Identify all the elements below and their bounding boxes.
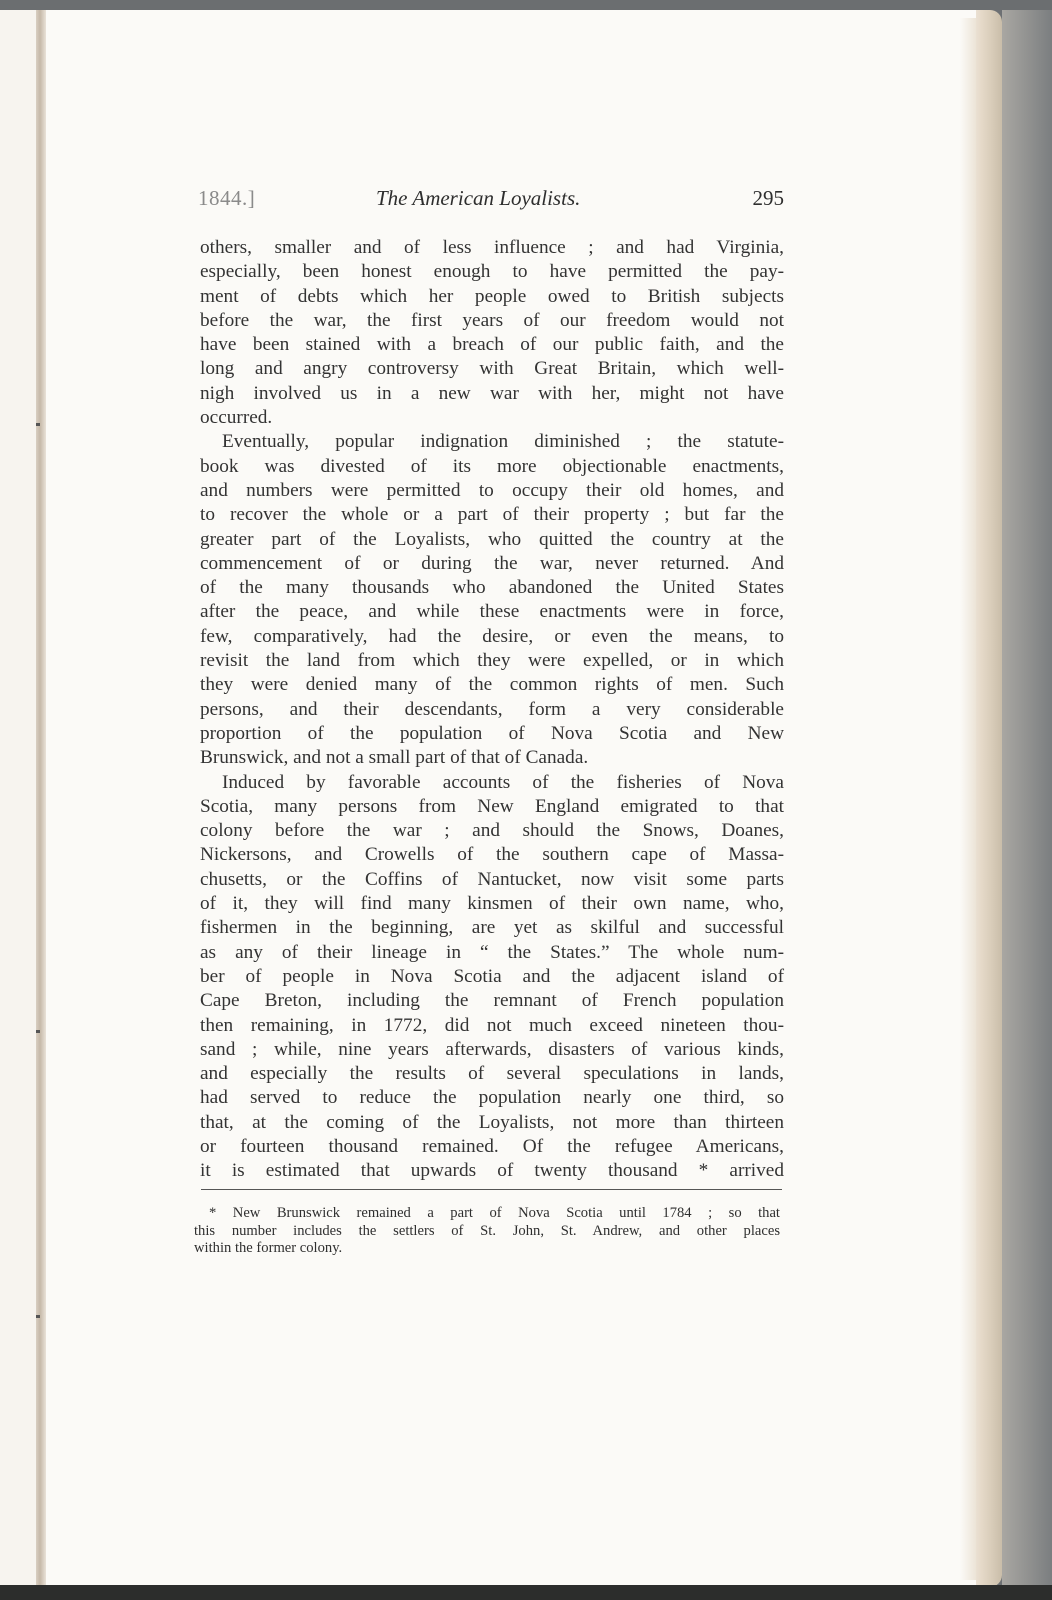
text-line: especially, been honest enough to have p… [200, 260, 784, 284]
text-line: commencement of or during the war, never… [200, 552, 784, 576]
text-line: nigh involved us in a new war with her, … [200, 382, 784, 406]
text-line: revisit the land from which they were ex… [200, 649, 784, 673]
running-head-year: 1844.] [198, 186, 255, 211]
footnotes: * New Brunswick remained a part of Nova … [194, 1205, 780, 1258]
text-line: or fourteen thousand remained. Of the re… [200, 1135, 784, 1159]
footnote-line: within the former colony. [194, 1240, 780, 1258]
footnote-line: * New Brunswick remained a part of Nova … [194, 1205, 780, 1223]
gutter-mark [36, 1315, 40, 1318]
text-line: they were denied many of the common righ… [200, 673, 784, 697]
text-line: Cape Breton, including the remnant of Fr… [200, 989, 784, 1013]
text-line: as any of their lineage in “ the States.… [200, 941, 784, 965]
body-text: others, smaller and of less influence ; … [200, 236, 784, 1184]
text-line: have been stained with a breach of our p… [200, 333, 784, 357]
text-line: ber of people in Nova Scotia and the adj… [200, 965, 784, 989]
scanner-top-edge [0, 0, 1052, 10]
text-line: had served to reduce the population near… [200, 1086, 784, 1110]
text-line: persons, and their descendants, form a v… [200, 698, 784, 722]
text-line: it is estimated that upwards of twenty t… [200, 1159, 784, 1183]
running-head: 1844.] The American Loyalists. 295 [198, 186, 784, 216]
text-line: of it, they will find many kinsmen of th… [200, 892, 784, 916]
book-gutter [36, 10, 46, 1587]
footnote-rule [201, 1189, 782, 1190]
text-line: to recover the whole or a part of their … [200, 503, 784, 527]
text-line: others, smaller and of less influence ; … [200, 236, 784, 260]
scanner-bottom-edge [0, 1585, 1052, 1600]
text-line: Eventually, popular indignation diminish… [200, 430, 784, 454]
scanner-right-shadow [1002, 10, 1052, 1587]
text-line: of the many thousands who abandoned the … [200, 576, 784, 600]
text-line: few, comparatively, had the desire, or e… [200, 625, 784, 649]
text-line: greater part of the Loyalists, who quitt… [200, 528, 784, 552]
text-line: Induced by favorable accounts of the fis… [200, 771, 784, 795]
text-line: fishermen in the beginning, are yet as s… [200, 916, 784, 940]
text-line: that, at the coming of the Loyalists, no… [200, 1111, 784, 1135]
text-line: Nickersons, and Crowells of the southern… [200, 843, 784, 867]
text-line: and especially the results of several sp… [200, 1062, 784, 1086]
running-head-title: The American Loyalists. [376, 186, 580, 211]
text-line: proportion of the population of Nova Sco… [200, 722, 784, 746]
text-line: Brunswick, and not a small part of that … [200, 746, 784, 770]
text-line: Scotia, many persons from New England em… [200, 795, 784, 819]
page-edge-discoloration [960, 18, 976, 1580]
text-line: colony before the war ; and should the S… [200, 819, 784, 843]
footnote-line: this number includes the settlers of St.… [194, 1223, 780, 1241]
text-line: before the war, the first years of our f… [200, 309, 784, 333]
text-line: and numbers were permitted to occupy the… [200, 479, 784, 503]
text-line: sand ; while, nine years afterwards, dis… [200, 1038, 784, 1062]
text-line: long and angry controversy with Great Br… [200, 357, 784, 381]
text-line: ment of debts which her people owed to B… [200, 285, 784, 309]
facing-page-edge [0, 10, 38, 1587]
text-line: then remaining, in 1772, did not much ex… [200, 1014, 784, 1038]
text-line: occurred. [200, 406, 784, 430]
page-number: 295 [753, 186, 785, 211]
gutter-mark [36, 423, 40, 426]
text-line: book was divested of its more objectiona… [200, 455, 784, 479]
text-line: after the peace, and while these enactme… [200, 600, 784, 624]
text-line: chusetts, or the Coffins of Nantucket, n… [200, 868, 784, 892]
gutter-mark [36, 1030, 40, 1033]
